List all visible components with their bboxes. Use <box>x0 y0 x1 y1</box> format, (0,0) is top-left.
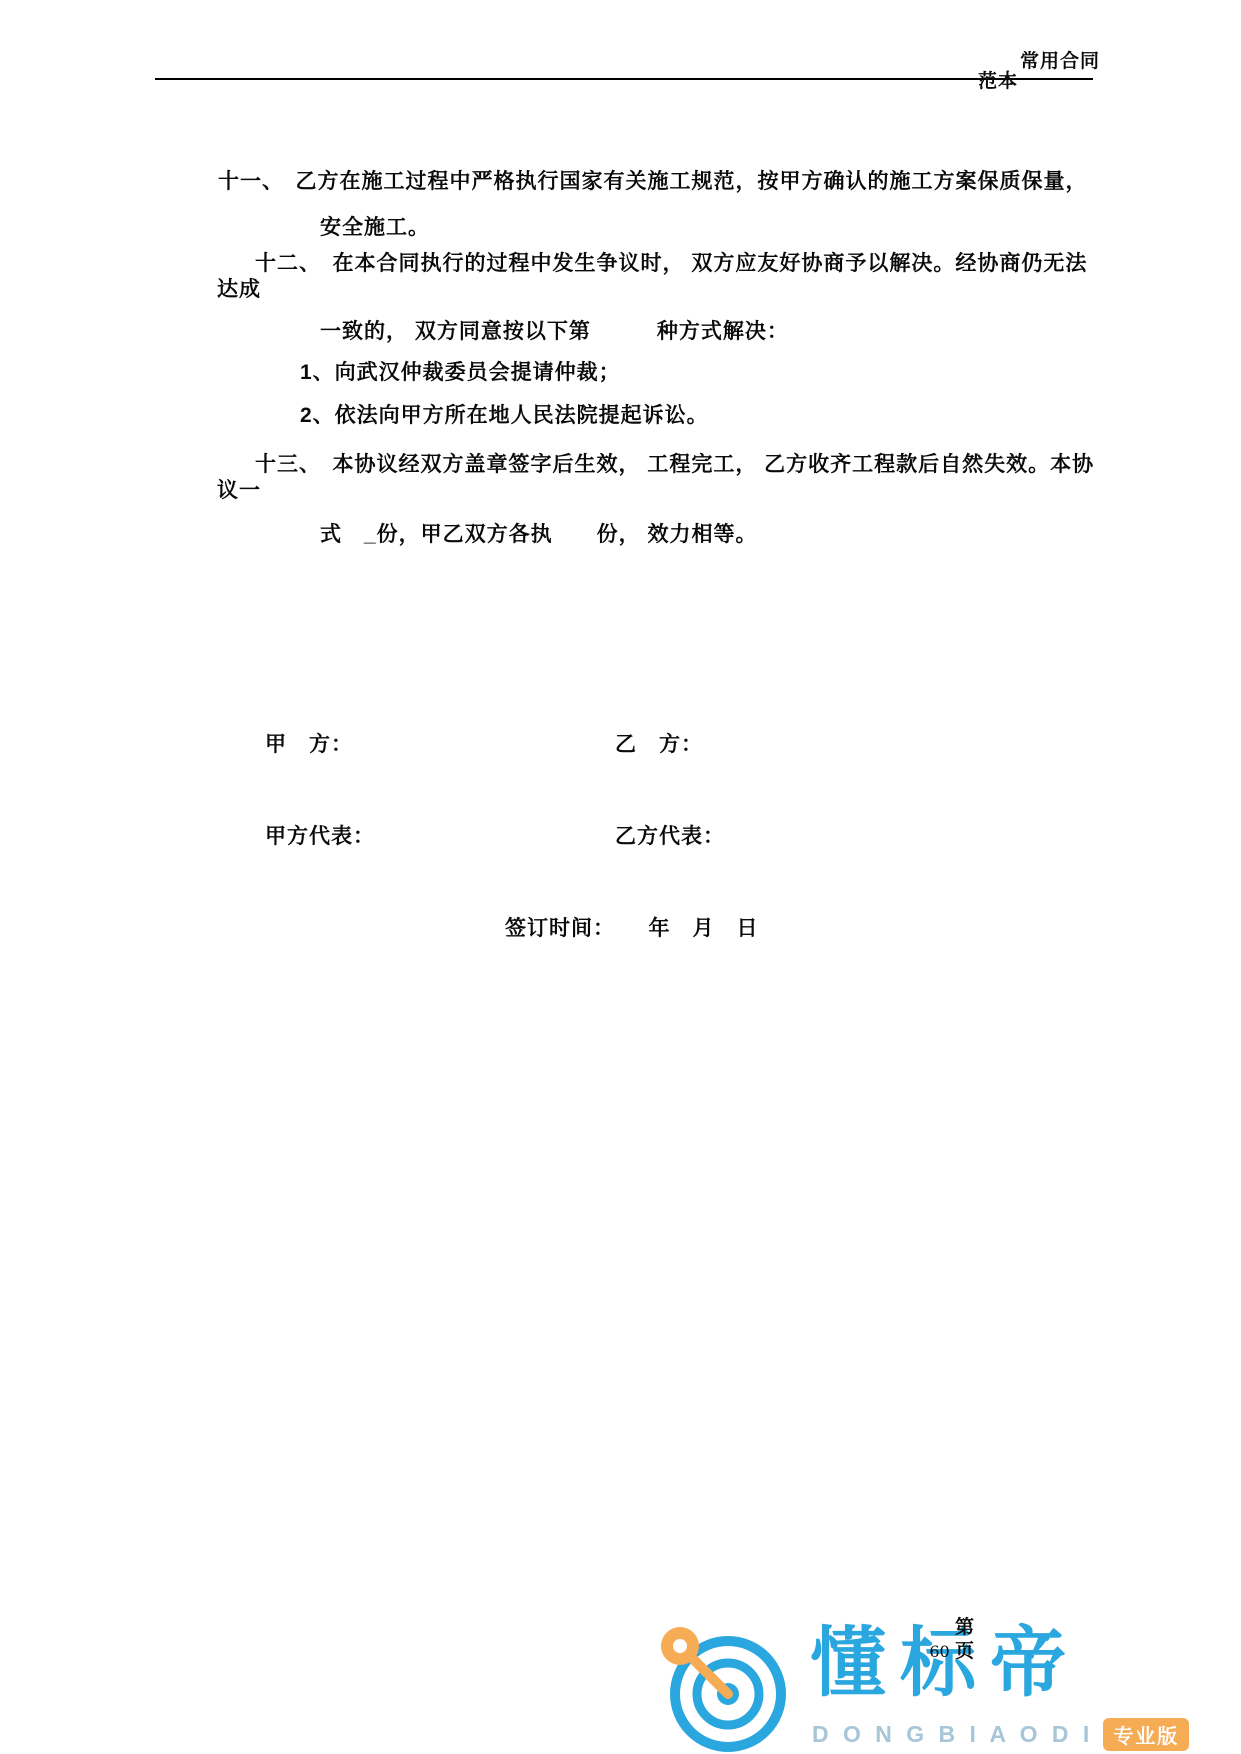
clause-13-line-3: 式 _份，甲乙双方各执 份， 效力相等。 <box>320 523 758 547</box>
page-number-suffix: 页 <box>955 1641 974 1662</box>
clause-12-line-2: 达成 <box>217 278 261 302</box>
page-number-value: 60 <box>929 1642 949 1661</box>
page-number-prefix: 第 <box>878 1616 974 1640</box>
target-pin-icon <box>652 1624 800 1754</box>
party-a-label: 甲 方： <box>265 733 353 757</box>
clause-13-line-1: 十三、 本协议经双方盖章签字后生效， 工程完工， 乙方收齐工程款后自然失效。本协 <box>255 453 1094 477</box>
party-a-rep-label: 甲方代表： <box>265 825 375 849</box>
clause-13-line-2: 议一 <box>217 479 261 503</box>
watermark-latin: D O N G B I A O D I <box>812 1721 1093 1748</box>
party-b-label: 乙 方： <box>615 733 703 757</box>
header-title: 常用合同 <box>1020 50 1100 74</box>
arbitration-option-1: 1、向武汉仲裁委员会提请仲裁； <box>300 361 621 385</box>
page-number: 第 60 页 <box>878 1616 974 1664</box>
clause-11-line-1: 十一、 乙方在施工过程中严格执行国家有关施工规范，按甲方确认的施工方案保质保量， <box>218 170 1088 194</box>
header-rule <box>155 78 1093 80</box>
header-subtitle: 范本 <box>978 70 1018 94</box>
clause-11-line-2: 安全施工。 <box>320 216 430 240</box>
party-b-rep-label: 乙方代表： <box>615 825 725 849</box>
arbitration-option-2: 2、依法向甲方所在地人民法院提起诉讼。 <box>300 404 709 428</box>
clause-12-line-3: 一致的， 双方同意按以下第 种方式解决： <box>320 320 789 344</box>
clause-12-line-1: 十二、 在本合同执行的过程中发生争议时， 双方应友好协商予以解决。经协商仍无法 <box>255 252 1087 276</box>
watermark-badge: 专业版 <box>1103 1718 1189 1751</box>
sign-date-label: 签订时间： 年 月 日 <box>505 917 759 941</box>
contract-page: 常用合同 范本 十一、 乙方在施工过程中严格执行国家有关施工规范，按甲方确认的施… <box>0 0 1241 1754</box>
